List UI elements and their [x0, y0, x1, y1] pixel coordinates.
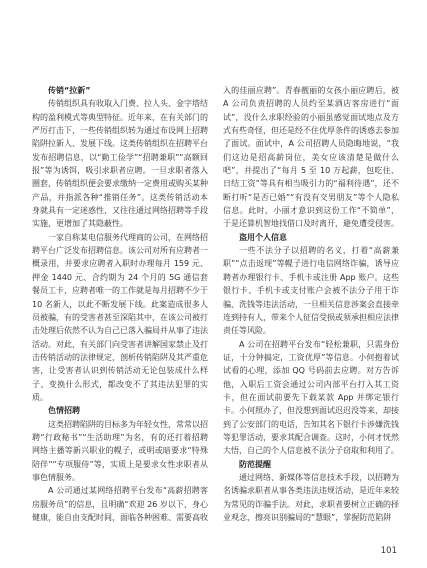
section-heading-pyramid-scheme-recruiting: 传销“拉新” — [32, 84, 208, 97]
article-paragraph: 这类招聘陷阱的目标多为年轻女性，常常以招聘“行政秘书”“生活助理”为名，有的还打… — [32, 418, 208, 485]
article-paragraph: 通过网络、新媒体等信息技术手段，以招聘为名诱骗求职者从事各类违法违规活动，是近年… — [223, 471, 399, 524]
section-heading-prevention-reminder: 防范提醒 — [223, 458, 399, 471]
page-number: 101 — [381, 546, 397, 556]
scanned-book-page: 传销“拉新” 传销组织具有收取入门费、拉人头、金字塔结构的盈利模式等典型特征。近… — [0, 0, 427, 568]
article-paragraph: 一些不法分子以招聘的名义，打着“高薪兼职”“点击返现”等幌子进行电信网络诈骗，诱… — [223, 244, 399, 337]
article-paragraph: 传销组织具有收取入门费、拉人头、金字塔结构的盈利模式等典型特征。近年来，在有关部… — [32, 97, 208, 230]
article-paragraph: A 公司在招聘平台发布“轻松兼职，只需身份证，十分钟搞定，工资优厚”等信息。小何… — [223, 338, 399, 458]
article-paragraph: 一家自称某电信服务代理商的公司，在网络招聘平台广泛发布招聘信息。该公司对所有应聘… — [32, 231, 208, 404]
section-heading-porn-recruitment: 色情招聘 — [32, 404, 208, 417]
article-two-column-body: 传销“拉新” 传销组织具有收取入门费、拉人头、金字塔结构的盈利模式等典型特征。近… — [32, 84, 399, 526]
section-heading-personal-info-theft: 盗用个人信息 — [223, 231, 399, 244]
